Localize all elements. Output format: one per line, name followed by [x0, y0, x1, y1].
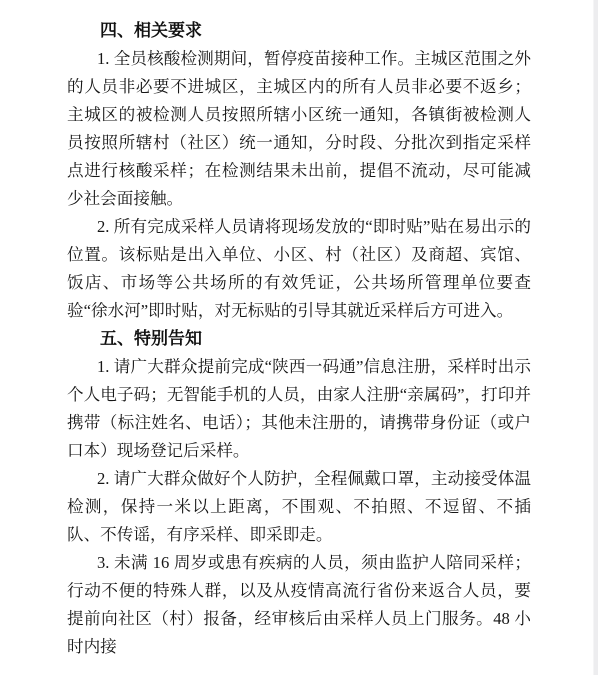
section-heading-related-requirements: 四、相关要求 [67, 17, 531, 45]
scrollbar-track[interactable] [593, 0, 598, 675]
section-heading-special-notice: 五、特别告知 [67, 325, 531, 353]
section-related-requirements: 四、相关要求 1. 全员核酸检测期间，暂停疫苗接种工作。主城区范围之外的人员非必… [67, 17, 531, 325]
document-page: 四、相关要求 1. 全员核酸检测期间，暂停疫苗接种工作。主城区范围之外的人员非必… [0, 0, 598, 675]
paragraph-code-registration: 1. 请广大群众提前完成“陕西一码通”信息注册，采样时出示个人电子码；无智能手机… [67, 353, 531, 465]
paragraph-testing-rules: 1. 全员核酸检测期间，暂停疫苗接种工作。主城区范围之外的人员非必要不进城区，主… [67, 45, 531, 213]
paragraph-personal-protection: 2. 请广大群众做好个人防护，全程佩戴口罩，主动接受体温检测，保持一米以上距离，… [67, 465, 531, 549]
paragraph-sticker-rules: 2. 所有完成采样人员请将现场发放的“即时贴”贴在易出示的位置。该标贴是出入单位… [67, 213, 531, 325]
paragraph-special-groups: 3. 未满 16 周岁或患有疾病的人员，须由监护人陪同采样；行动不便的特殊人群，… [67, 549, 531, 661]
section-special-notice: 五、特别告知 1. 请广大群众提前完成“陕西一码通”信息注册，采样时出示个人电子… [67, 325, 531, 661]
